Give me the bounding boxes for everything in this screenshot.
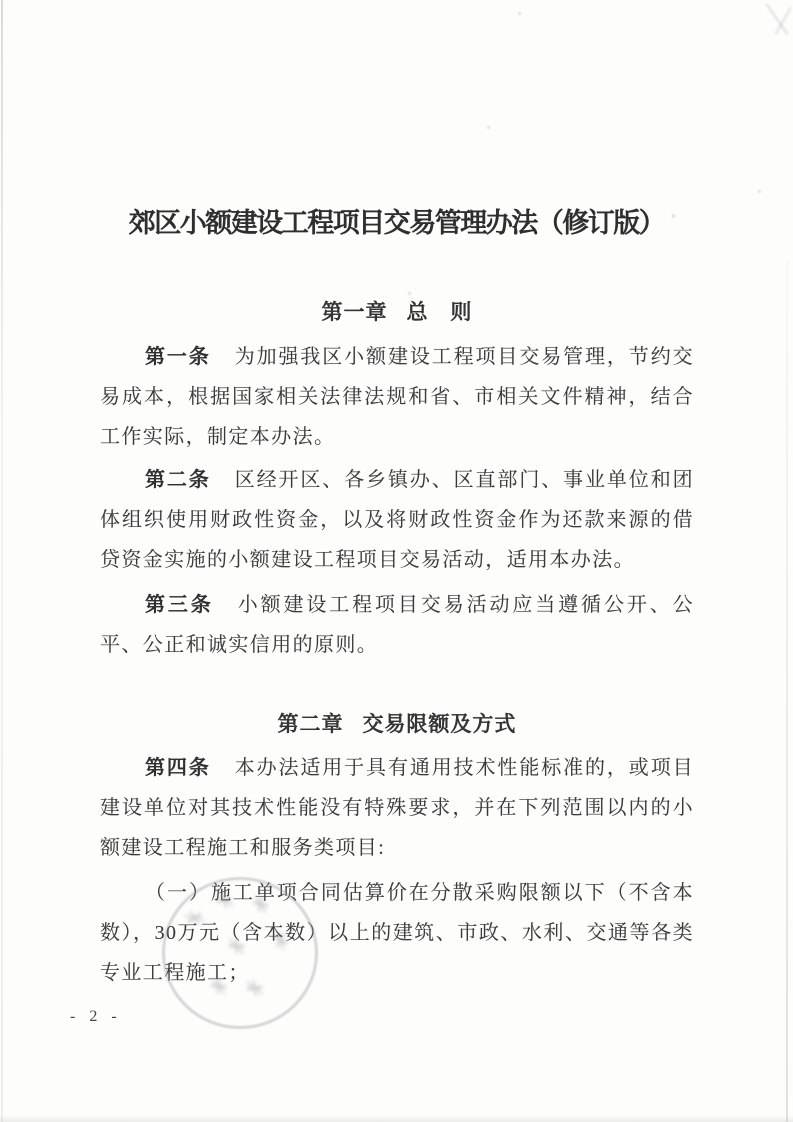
left-scan-edge-line (1, 0, 3, 1122)
article-2-paragraph: 第二条区经开区、各乡镇办、区直部门、事业单位和团体组织使用财政性资金，以及将财政… (100, 460, 694, 580)
article-3-label: 第三条 (145, 594, 214, 616)
article-2-label: 第二条 (145, 469, 211, 491)
list-item-1-paragraph: （一）施工单项合同估算价在分散采购限额以下（不含本数），30万元（含本数）以上的… (100, 873, 694, 993)
chapter-1-number: 第一章 (322, 301, 388, 324)
chapter-1-name: 总 则 (406, 301, 472, 324)
article-4-label: 第四条 (145, 757, 211, 779)
chapter-2-number: 第二章 (278, 713, 344, 736)
scan-noise-speck (487, 126, 490, 129)
scan-noise-speck (758, 190, 761, 193)
document-title: 郊区小额建设工程项目交易管理办法（修订版） (0, 205, 793, 241)
right-scan-edge-line (786, 260, 788, 1122)
scan-noise-speck (408, 292, 411, 295)
corner-scan-smudge (765, 4, 791, 34)
chapter-2-name: 交易限额及方式 (362, 713, 516, 736)
article-4-paragraph: 第四条本办法适用于具有通用技术性能标准的，或项目建设单位对其技术性能没有特殊要求… (100, 748, 694, 868)
chapter-2-heading: 第二章交易限额及方式 (100, 708, 694, 742)
scanned-document-page: 郊区小额建设工程项目交易管理办法（修订版） 第一章总 则 第一条为加强我区小额建… (0, 0, 793, 1122)
scan-noise-speck (518, 12, 521, 15)
article-3-paragraph: 第三条小额建设工程项目交易活动应当遵循公开、公平、公正和诚实信用的原则。 (100, 585, 694, 665)
page-number: - 2 - (70, 1008, 122, 1026)
chapter-1-heading: 第一章总 则 (100, 296, 694, 330)
article-1-paragraph: 第一条为加强我区小额建设工程项目交易管理，节约交易成本，根据国家相关法律法规和省… (100, 337, 694, 457)
list-item-1-text: （一）施工单项合同估算价在分散采购限额以下（不含本数），30万元（含本数）以上的… (100, 882, 694, 984)
bottom-scan-shadow (0, 1115, 793, 1122)
article-1-label: 第一条 (145, 346, 211, 368)
